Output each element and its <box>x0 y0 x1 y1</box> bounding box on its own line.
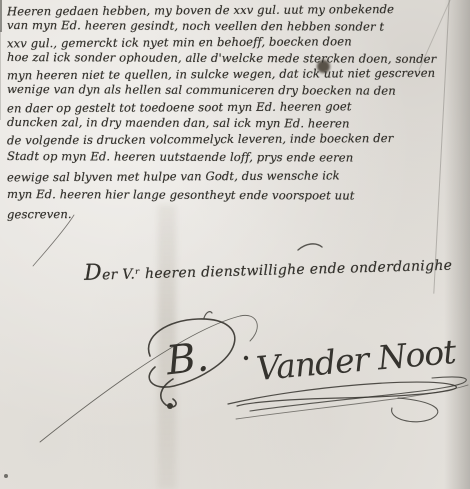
signature-monogram-tick <box>204 312 212 318</box>
signature-underline-3 <box>236 385 468 419</box>
signature-period-dot <box>244 356 248 360</box>
signature-name: Vander Noot <box>255 332 459 388</box>
signature-underline-loop <box>392 398 438 422</box>
pen-flourish-gescreven-tail <box>33 215 74 266</box>
pen-mark <box>298 244 322 250</box>
signature-initial: B. <box>163 334 211 384</box>
ink-curl-blob <box>167 403 173 409</box>
manuscript-page: Heeren gedaen hebben, my boven de xxv gu… <box>0 0 470 489</box>
signature-block: B. Vander Noot <box>0 0 470 489</box>
